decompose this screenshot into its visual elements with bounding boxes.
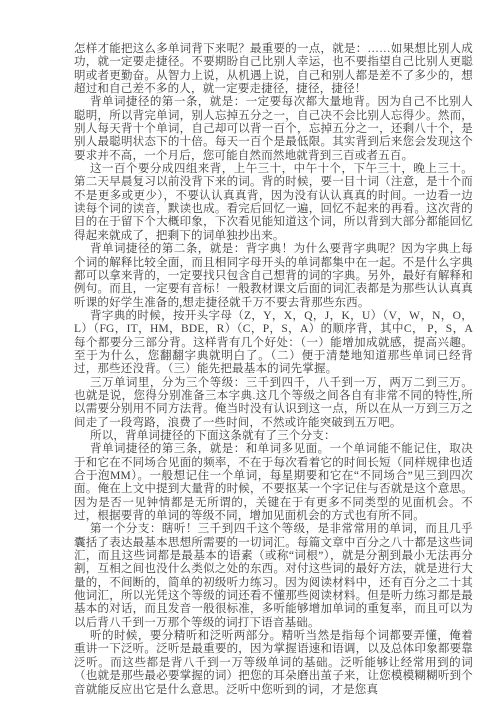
- paragraph-shortcut-3-meet-words: 背单词捷径的第三条，就是：和单词多见面。一个单词能不能记住，取决于和它在不同场合…: [74, 443, 473, 523]
- paragraph-branch-1-listening: 第一个分支：瞎听！三千到四千这个等级，是非常常用的单词，而且几乎囊括了表达最基本…: [74, 523, 473, 630]
- paragraph-three-levels: 三万单词里，分为三个等级：三千到四千，八千到一万，两万二到三万。也就是说，您得分…: [74, 377, 473, 430]
- paragraph-shortcut-2-dictionary: 背单词捷径的第二条，就是：背字典！为什么要背字典呢？因为字典上每个词的解释比较全…: [74, 243, 473, 310]
- paragraph-hundred-words-grouping: 这一百个要分成四组来背，上午三十，中午十个，下午三十，晚上三十。第二天早晨复习以…: [74, 163, 473, 243]
- document-text-block: 怎样才能把这么多单词背下来呢？最重要的一点，就是：……如果想比别人成功，就一定要…: [74, 43, 473, 697]
- paragraph-intensive-vs-extensive-listening: 听的时候，要分精听和泛听两部分。精听当然是指每个词都要弄懂，俺着重讲一下泛听。泛…: [74, 630, 473, 697]
- paragraph-letter-order: 背字典的时候，按开头字母（Z，Y，X，Q，J，K，U）（V，W，N，O，L）（F…: [74, 310, 473, 377]
- paragraph-intro: 怎样才能把这么多单词背下来呢？最重要的一点，就是：……如果想比别人成功，就一定要…: [74, 43, 473, 96]
- paragraph-shortcut-1: 背单词捷径的第一条，就是：一定要每次都大量地背。因为自己不比别人聪明，所以背完单…: [74, 96, 473, 163]
- document-page-background: { "document": { "title_hint": "背单词的捷径（文章…: [0, 0, 496, 702]
- paragraph-three-branches-lead-in: 所以，背单词捷径的下面这条就有了三个分支：: [74, 430, 473, 443]
